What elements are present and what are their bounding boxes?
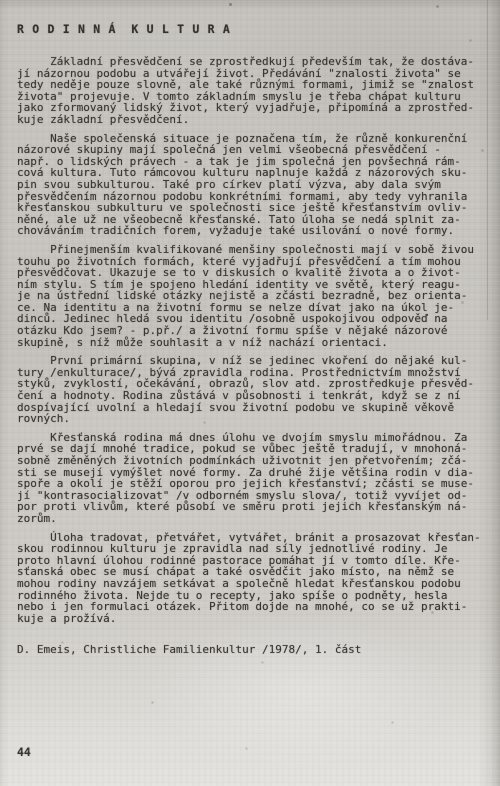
- page-title: R O D I N N Á K U L T U R A: [17, 22, 230, 36]
- paragraph-2: Naše společenská situace je poznačena tí…: [17, 133, 487, 237]
- source-citation: D. Emeis, Christliche Familienkultur /19…: [17, 644, 487, 656]
- scan-edge-line: [487, 0, 488, 320]
- page-number: 44: [17, 745, 31, 759]
- scanned-document-page: R O D I N N Á K U L T U R A Základní pře…: [0, 0, 500, 786]
- scan-noise-specks: [0, 0, 1, 1]
- paragraph-5: Křesťanská rodina má dnes úlohu ve dvojí…: [17, 432, 487, 525]
- paragraph-1: Základní přesvědčení se zprostředkují př…: [17, 56, 487, 126]
- document-body: Základní přesvědčení se zprostředkují př…: [17, 56, 487, 656]
- paragraph-3: Přinejmenším kvalifikované menšiny spole…: [17, 244, 487, 348]
- paragraph-6: Úloha tradovat, přetvářet, vytvářet, brá…: [17, 532, 487, 625]
- paragraph-4: První primární skupina, v níž se jedinec…: [17, 355, 487, 425]
